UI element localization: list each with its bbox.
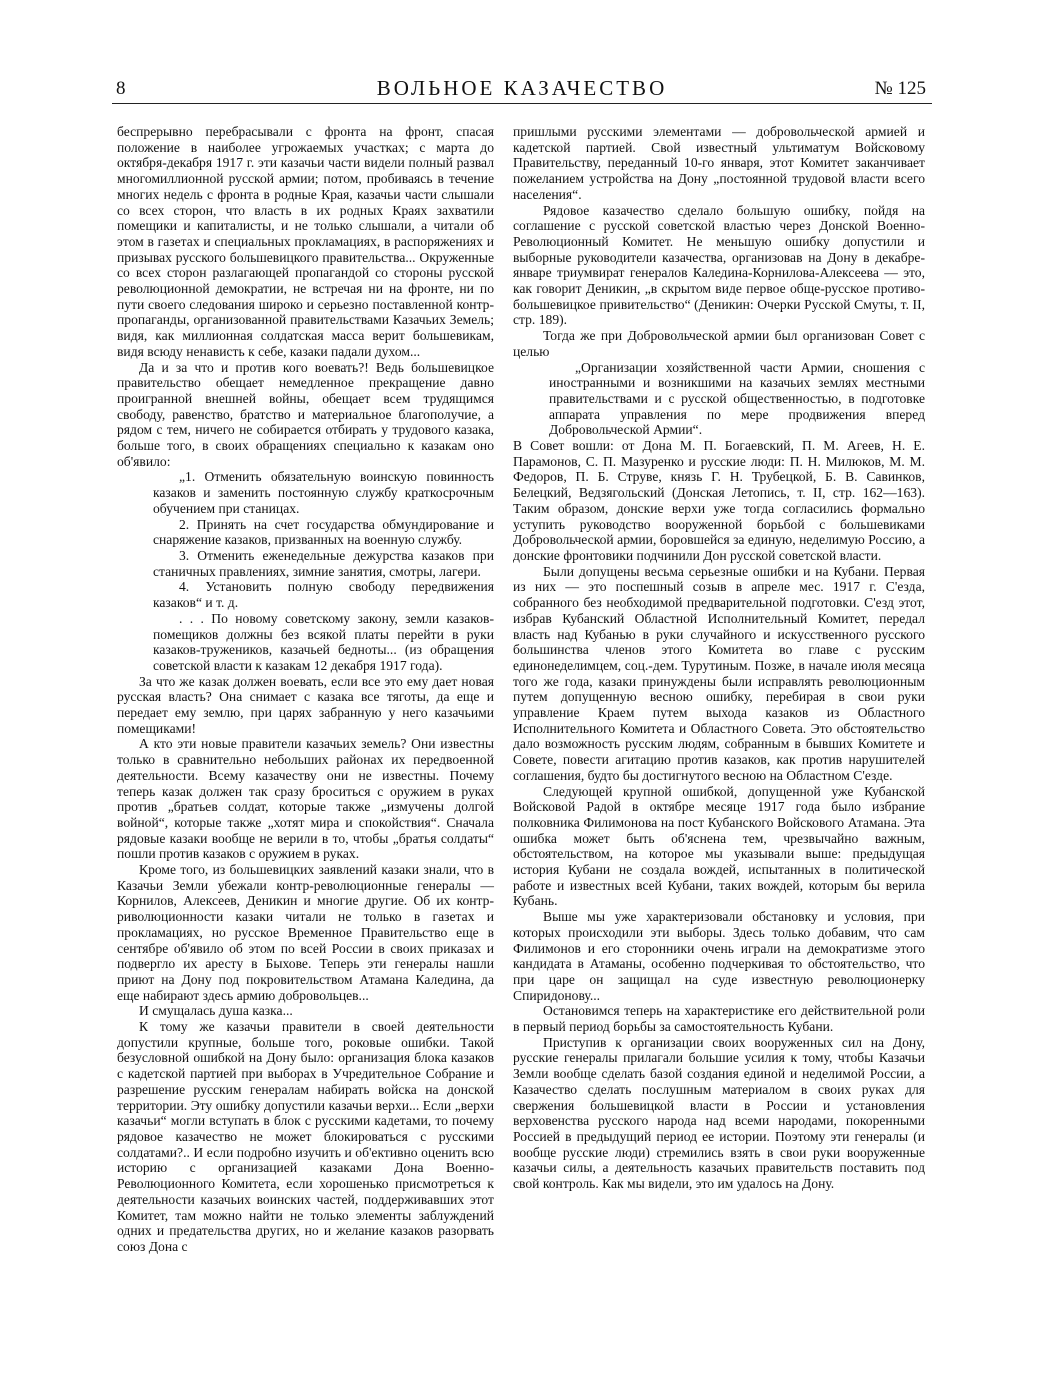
paragraph: Приступив к организации своих вооруженны… bbox=[513, 1035, 925, 1192]
quote-item: „Организации хозяйственной части Армии, … bbox=[549, 360, 925, 439]
paragraph: Были допущены весьма серьезные ошибки и … bbox=[513, 564, 925, 784]
block-quote: „Организации хозяйственной части Армии, … bbox=[549, 360, 925, 439]
quote-item: 2. Принять на счет государства обмундиро… bbox=[153, 517, 494, 548]
block-quote: „1. Отменить обязательную воинскую повин… bbox=[153, 469, 494, 673]
paragraph: пришлыми русскими элементами — доброволь… bbox=[513, 124, 925, 203]
paragraph: К тому же казачьи правители в своей деят… bbox=[117, 1019, 494, 1255]
left-column: беспрерывно перебрасывали с фронта на фр… bbox=[117, 124, 494, 1255]
paragraph: Рядовое казачество сделало большую ошибк… bbox=[513, 203, 925, 329]
right-column: пришлыми русскими элементами — доброволь… bbox=[513, 124, 925, 1192]
publication-title: ВОЛЬНОЕ КАЗАЧЕСТВО bbox=[112, 76, 932, 101]
paragraph: Кроме того, из большевицких заявлений ка… bbox=[117, 862, 494, 1003]
paragraph: И смущалась душа казка... bbox=[117, 1003, 494, 1019]
paragraph: Остановимся теперь на характеристике его… bbox=[513, 1003, 925, 1034]
header-rule bbox=[112, 103, 932, 104]
quote-item: „1. Отменить обязательную воинскую повин… bbox=[153, 469, 494, 516]
page-header: 8 ВОЛЬНОЕ КАЗАЧЕСТВО № 125 bbox=[112, 74, 932, 104]
paragraph: В Совет вошли: от Дона М. П. Богаевский,… bbox=[513, 438, 925, 564]
issue-number: № 125 bbox=[875, 78, 926, 100]
paragraph: беспрерывно перебрасывали с фронта на фр… bbox=[117, 124, 494, 360]
paragraph: Выше мы уже характеризовали обстановку и… bbox=[513, 909, 925, 1003]
paragraph: Да и за что и против кого воевать?! Ведь… bbox=[117, 360, 494, 470]
paragraph: Следующей крупной ошибкой, допущенной уж… bbox=[513, 784, 925, 910]
quote-item: 3. Отменить еженедельные дежурства казак… bbox=[153, 548, 494, 579]
quote-item: 4. Установить полную свободу передвижени… bbox=[153, 579, 494, 610]
paragraph: А кто эти новые правители казачьих земел… bbox=[117, 736, 494, 862]
paragraph: За что же казак должен воевать, если все… bbox=[117, 674, 494, 737]
paragraph: Тогда же при Добровольческой армии был о… bbox=[513, 328, 925, 359]
quote-item: . . . По новому советскому закону, земли… bbox=[153, 611, 494, 674]
newspaper-page: 8 ВОЛЬНОЕ КАЗАЧЕСТВО № 125 беспрерывно п… bbox=[0, 0, 1050, 1400]
